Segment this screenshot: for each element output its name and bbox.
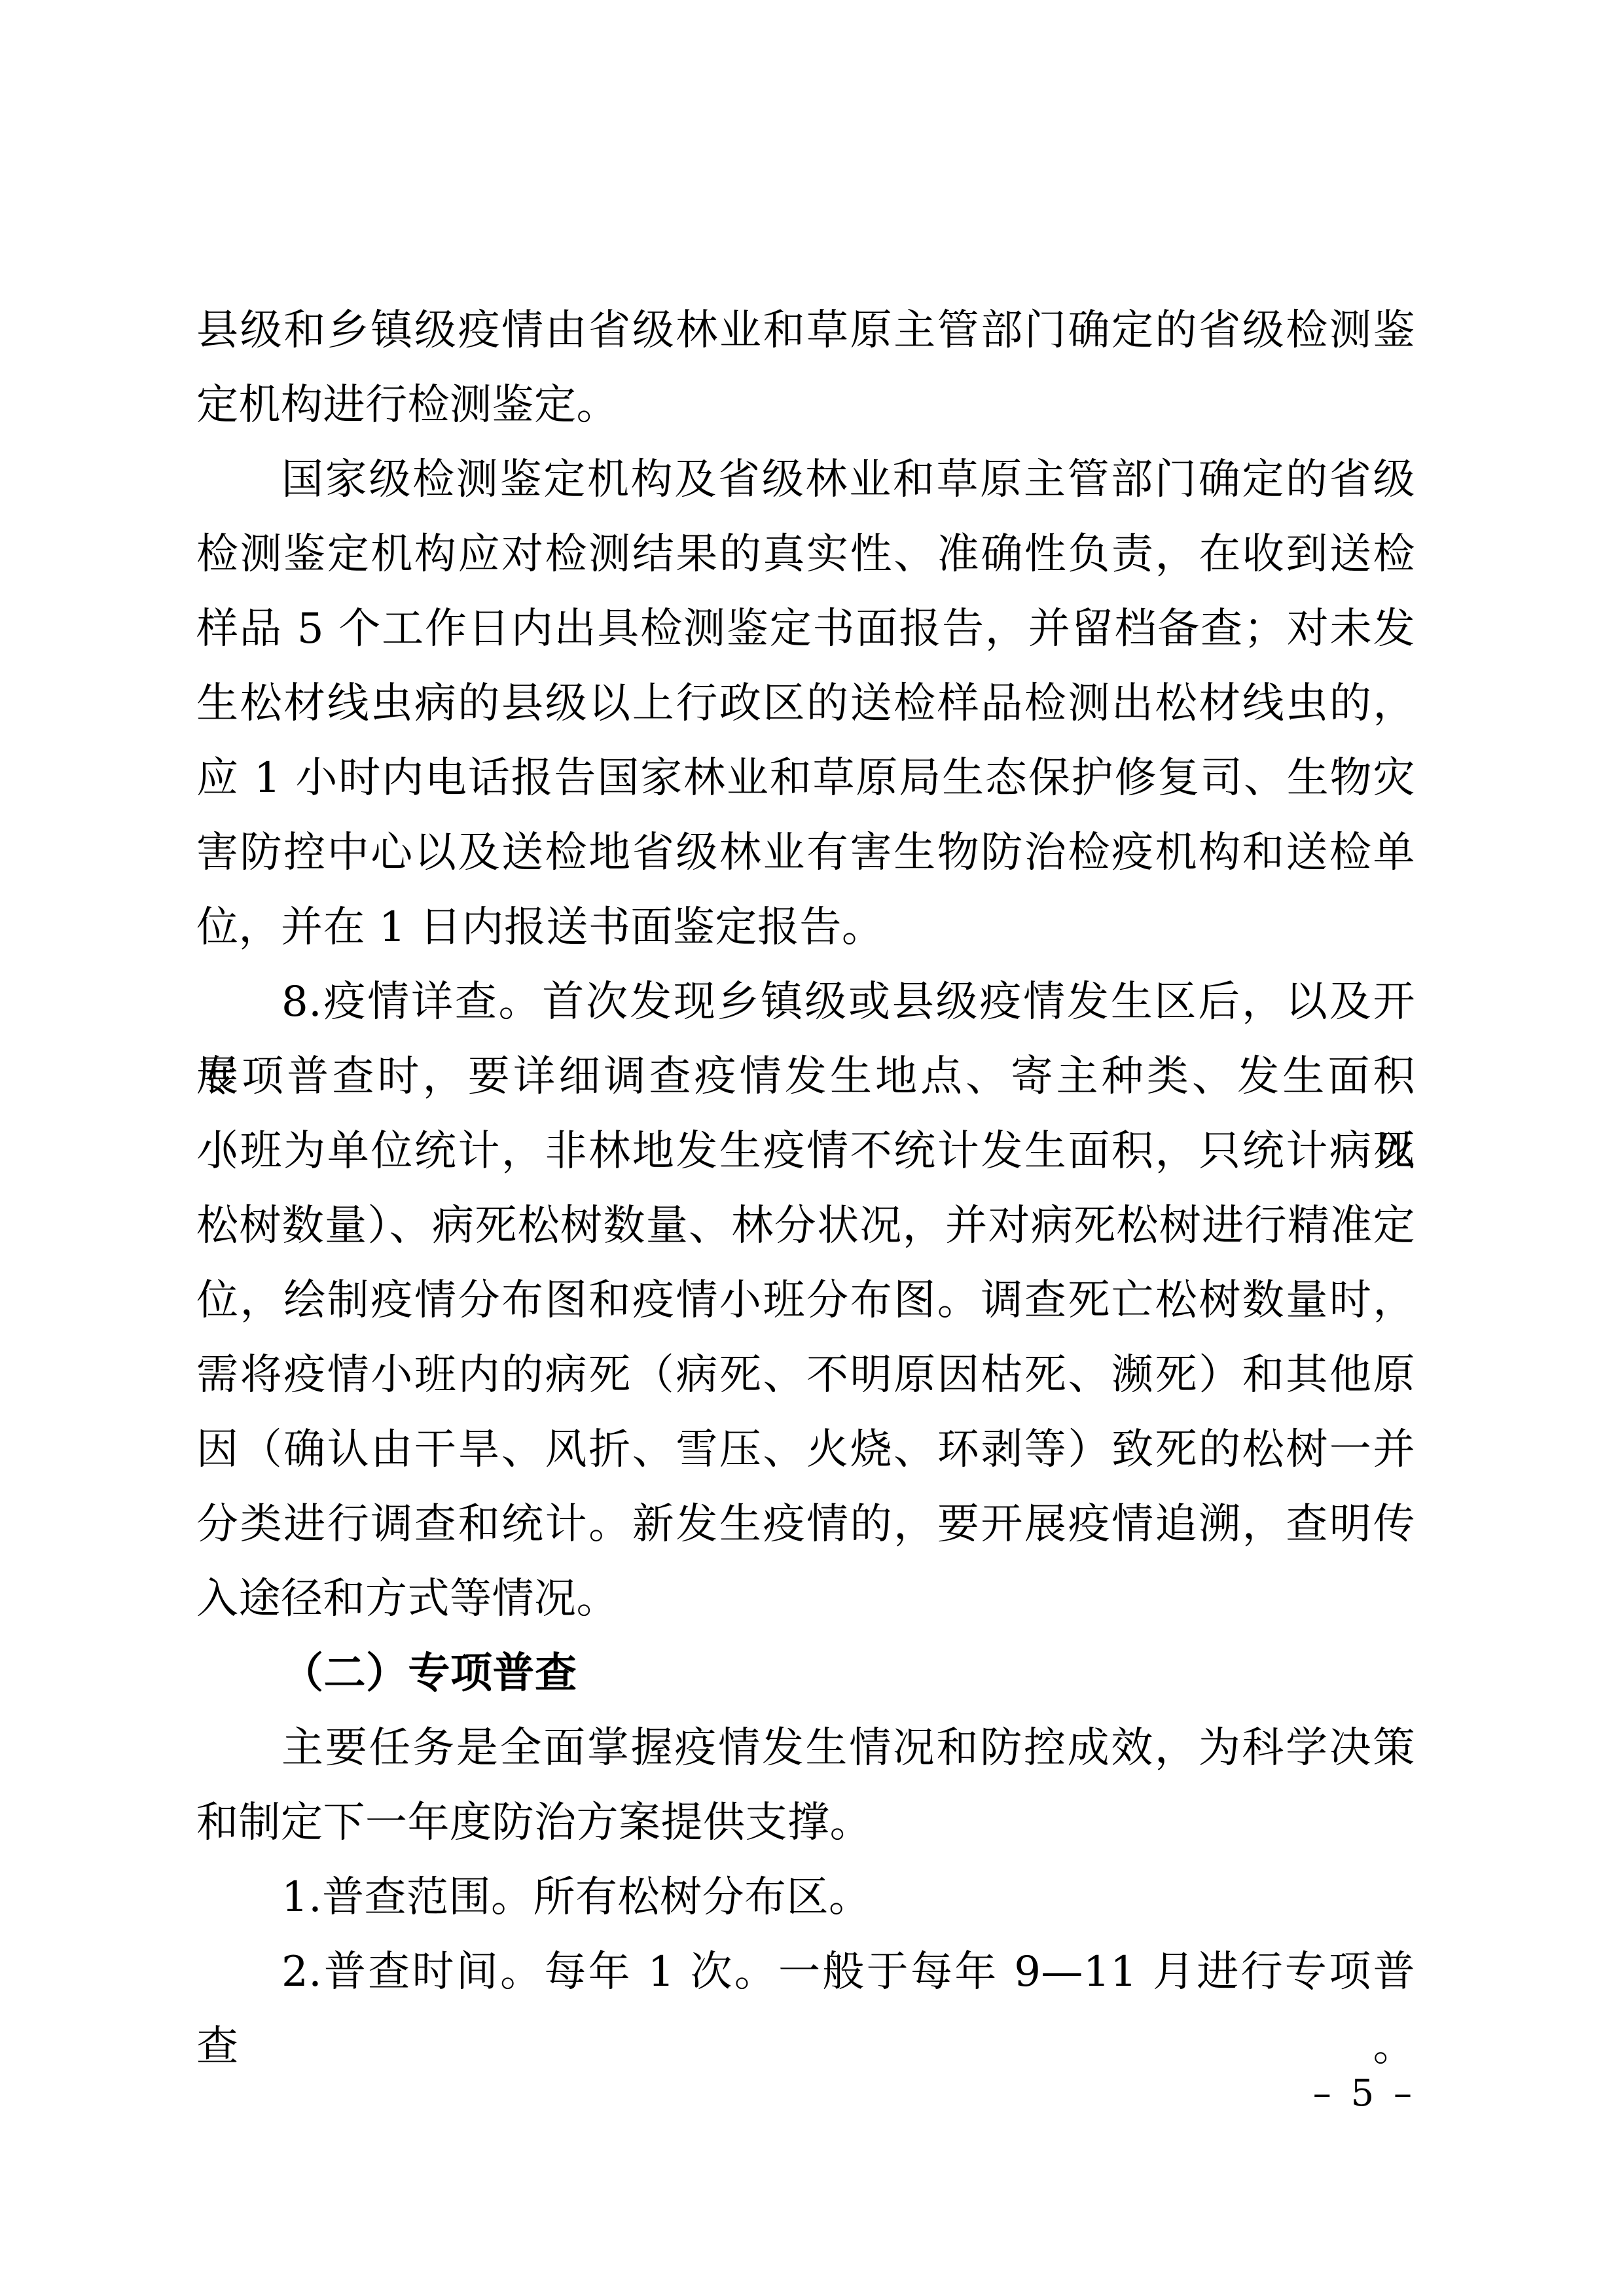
- text-line: 和制定下一年度防治方案提供支撑。: [196, 1785, 1415, 1860]
- text-line: 需将疫情小班内的病死（病死、不明原因枯死、濒死）和其他原: [196, 1338, 1415, 1412]
- text-line: 应 1 小时内电话报告国家林业和草原局生态保护修复司、生物灾: [196, 741, 1415, 816]
- text-line: 小班为单位统计，非林地发生疫情不统计发生面积，只统计病死: [196, 1114, 1415, 1189]
- section-heading: （二）专项普查: [196, 1636, 1415, 1711]
- text-line: 定机构进行检测鉴定。: [196, 368, 1415, 442]
- text-line: 分类进行调查和统计。新发生疫情的，要开展疫情追溯，查明传: [196, 1487, 1415, 1562]
- text-line: 因（确认由干旱、风折、雪压、火烧、环剥等）致死的松树一并: [196, 1412, 1415, 1487]
- text-line: 生松材线虫病的县级以上行政区的送检样品检测出松材线虫的，: [196, 666, 1415, 741]
- text-block: 县级和乡镇级疫情由省级林业和草原主管部门确定的省级检测鉴定机构进行检测鉴定。国家…: [196, 293, 1415, 2009]
- text-line: 位，并在 1 日内报送书面鉴定报告。: [196, 890, 1415, 965]
- document-page: 县级和乡镇级疫情由省级林业和草原主管部门确定的省级检测鉴定机构进行检测鉴定。国家…: [0, 0, 1624, 2296]
- text-line: 位，绘制疫情分布图和疫情小班分布图。调查死亡松树数量时，: [196, 1263, 1415, 1338]
- text-line: 2.普查时间。每年 1 次。一般于每年 9—11 月进行专项普查。: [196, 1935, 1415, 2009]
- text-line: 入途径和方式等情况。: [196, 1562, 1415, 1636]
- text-line: 害防控中心以及送检地省级林业有害生物防治检疫机构和送检单: [196, 816, 1415, 890]
- text-line: 检测鉴定机构应对检测结果的真实性、准确性负责，在收到送检: [196, 517, 1415, 592]
- text-line: 样品 5 个工作日内出具检测鉴定书面报告，并留档备查；对未发: [196, 592, 1415, 666]
- text-line: 国家级检测鉴定机构及省级林业和草原主管部门确定的省级: [196, 442, 1415, 517]
- text-line: 县级和乡镇级疫情由省级林业和草原主管部门确定的省级检测鉴: [196, 293, 1415, 368]
- page-number: – 5 –: [1313, 2070, 1416, 2118]
- text-line: 1.普查范围。所有松树分布区。: [196, 1860, 1415, 1935]
- text-line: 松树数量）、病死松树数量、林分状况，并对病死松树进行精准定: [196, 1189, 1415, 1263]
- text-line: 主要任务是全面掌握疫情发生情况和防控成效，为科学决策: [196, 1711, 1415, 1785]
- text-line: 专项普查时，要详细调查疫情发生地点、寄主种类、发生面积（以: [196, 1039, 1415, 1114]
- text-line: 8.疫情详查。首次发现乡镇级或县级疫情发生区后，以及开展: [196, 965, 1415, 1039]
